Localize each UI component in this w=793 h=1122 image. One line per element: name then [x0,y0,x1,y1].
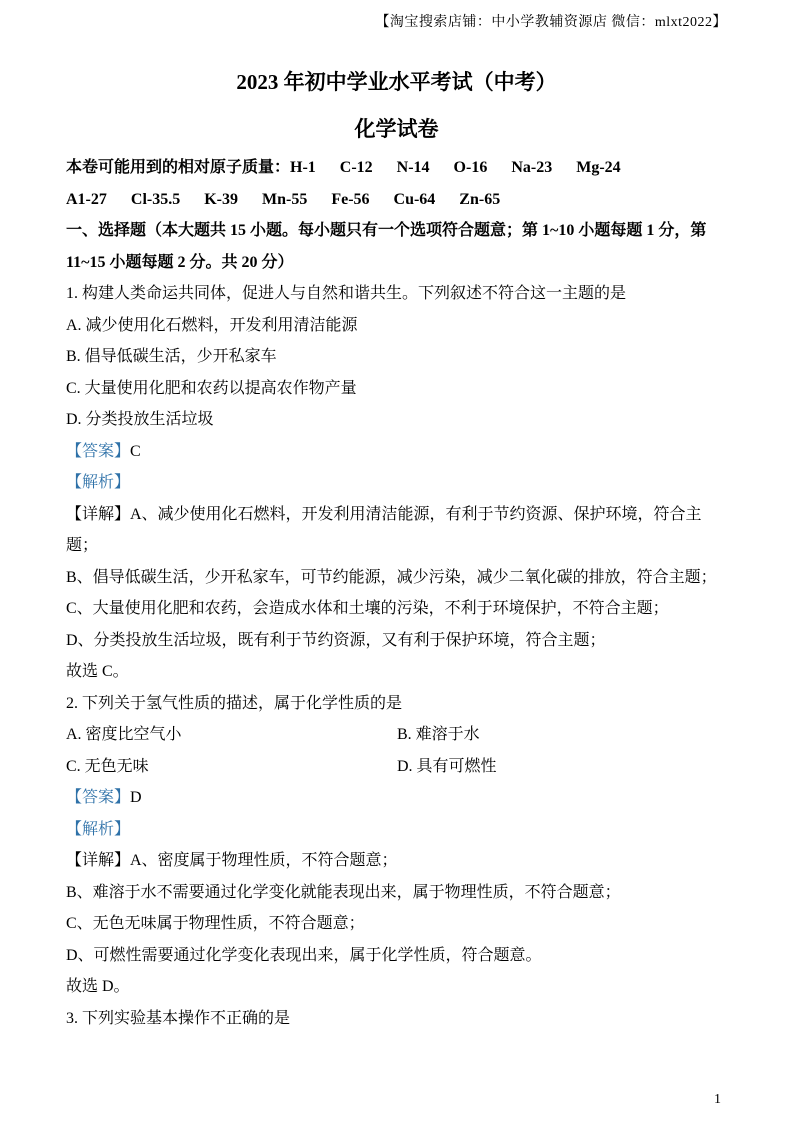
answer-value: D [130,789,142,806]
question-2-option-d: D. 具有可燃性 [397,751,727,783]
question-3: 3. 下列实验基本操作不正确的是 [66,1003,727,1035]
question-2-detail-line: D、可燃性需要通过化学变化表现出来，属于化学性质，符合题意。 [66,940,727,972]
question-2-answer-line: 【答案】D [66,782,727,814]
atomic-mass-prefix: 本卷可能用到的相对原子质量： [66,159,290,176]
question-2-detail-line: 【详解】A、密度属于物理性质，不符合题意； [66,845,727,877]
analysis-label: 【解析】 [66,821,130,838]
question-2-option-c: C. 无色无味 [66,751,397,783]
question-1: 1. 构建人类命运共同体，促进人与自然和谐共生。下列叙述不符合这一主题的是 A.… [66,278,727,688]
page-number: 1 [714,1092,721,1108]
atomic-mass-line-2: A1-27 Cl-35.5 K-39 Mn-55 Fe-56 Cu-64 Zn-… [66,184,727,216]
question-2: 2. 下列关于氢气性质的描述，属于化学性质的是 A. 密度比空气小 B. 难溶于… [66,688,727,1003]
question-1-conclusion: 故选 C。 [66,656,727,688]
question-1-detail-line: B、倡导低碳生活，少开私家车，可节约能源，减少污染，减少二氧化碳的排放，符合主题… [66,562,727,594]
question-1-option-d: D. 分类投放生活垃圾 [66,404,727,436]
exam-body: 本卷可能用到的相对原子质量：H-1 C-12 N-14 O-16 Na-23 M… [66,152,727,1034]
question-1-option-b: B. 倡导低碳生活，少开私家车 [66,341,727,373]
analysis-label: 【解析】 [66,474,130,491]
question-2-stem: 2. 下列关于氢气性质的描述，属于化学性质的是 [66,688,727,720]
header-note: 【淘宝搜索店铺：中小学教辅资源店 微信：mlxt2022】 [66,0,727,31]
question-3-stem: 3. 下列实验基本操作不正确的是 [66,1003,727,1035]
question-1-answer-line: 【答案】C [66,436,727,468]
question-2-analysis-label: 【解析】 [66,814,727,846]
atomic-mass-values-2: A1-27 Cl-35.5 K-39 Mn-55 Fe-56 Cu-64 Zn-… [66,191,500,208]
answer-label: 【答案】 [66,789,130,806]
question-1-detail-line: C、大量使用化肥和农药，会造成水体和土壤的污染，不利于环境保护，不符合主题； [66,593,727,625]
question-1-option-c: C. 大量使用化肥和农药以提高农作物产量 [66,373,727,405]
question-2-detail-line: B、难溶于水不需要通过化学变化就能表现出来，属于物理性质，不符合题意； [66,877,727,909]
question-2-option-a: A. 密度比空气小 [66,719,397,751]
question-1-detail-line: 【详解】A、减少使用化石燃料，开发利用清洁能源，有利于节约资源、保护环境，符合主… [66,499,727,562]
atomic-mass-line-1: 本卷可能用到的相对原子质量：H-1 C-12 N-14 O-16 Na-23 M… [66,152,727,184]
question-2-options: A. 密度比空气小 B. 难溶于水 C. 无色无味 D. 具有可燃性 [66,719,727,782]
question-2-detail-line: C、无色无味属于物理性质，不符合题意； [66,908,727,940]
question-1-option-a: A. 减少使用化石燃料，开发利用清洁能源 [66,310,727,342]
question-1-stem: 1. 构建人类命运共同体，促进人与自然和谐共生。下列叙述不符合这一主题的是 [66,278,727,310]
exam-page: 【淘宝搜索店铺：中小学教辅资源店 微信：mlxt2022】 2023 年初中学业… [0,0,793,1034]
section-heading: 一、选择题（本大题共 15 小题。每小题只有一个选项符合题意；第 1~10 小题… [66,215,727,278]
atomic-mass-values-1: H-1 C-12 N-14 O-16 Na-23 Mg-24 [290,159,621,176]
question-2-option-b: B. 难溶于水 [397,719,727,751]
question-1-analysis-label: 【解析】 [66,467,727,499]
exam-title: 2023 年初中学业水平考试（中考） [66,67,727,97]
answer-label: 【答案】 [66,443,130,460]
answer-value: C [130,443,141,460]
question-1-detail-line: D、分类投放生活垃圾，既有利于节约资源，又有利于保护环境，符合主题； [66,625,727,657]
exam-subtitle: 化学试卷 [66,114,727,144]
question-2-conclusion: 故选 D。 [66,971,727,1003]
